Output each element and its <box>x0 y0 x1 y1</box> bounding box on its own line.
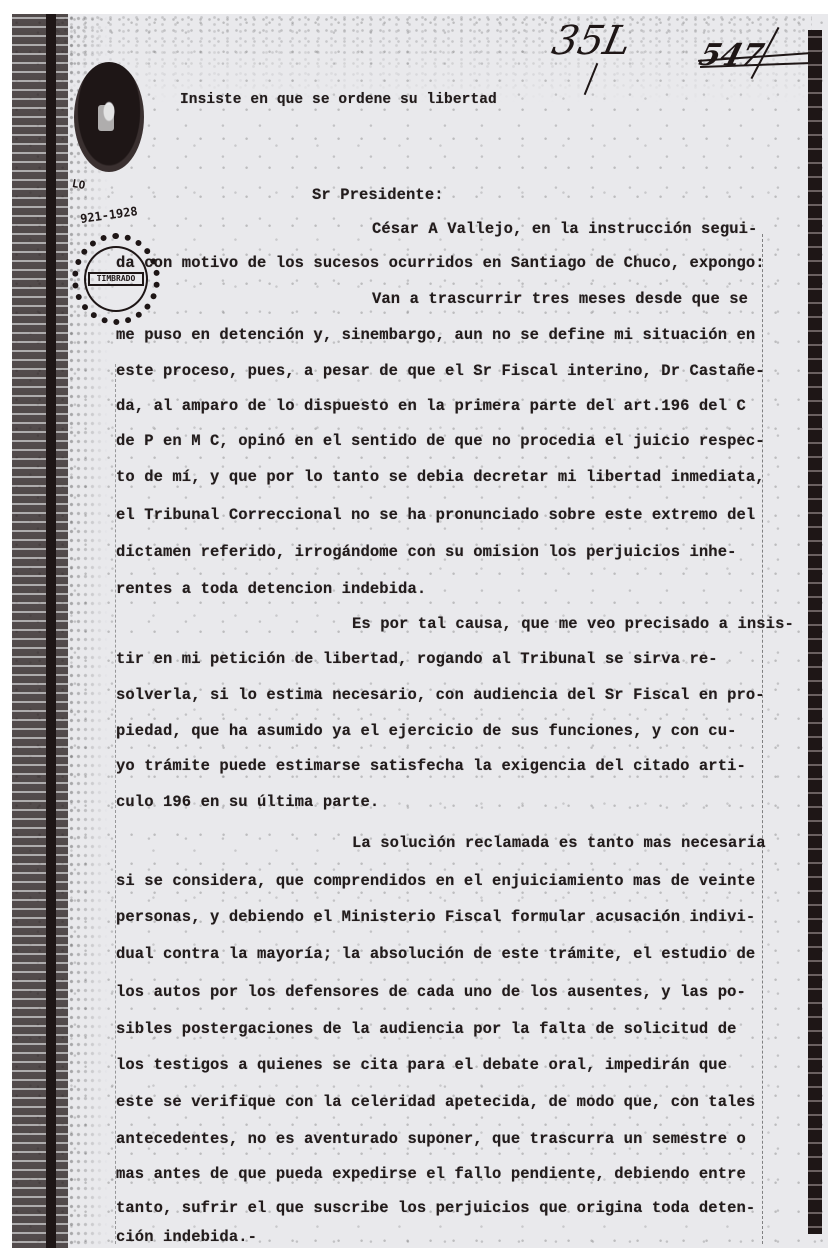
text-line: el Tribunal Correccional no se ha pronun… <box>116 506 755 524</box>
text-line: tir en mi petición de libertad, rogando … <box>116 650 718 668</box>
salutation: Sr Presidente: <box>312 186 444 204</box>
text-line: los testigos a quienes se cita para el d… <box>116 1056 727 1074</box>
text-line: César A Vallejo, en la instrucción segui… <box>372 220 757 238</box>
text-line: mas antes de que pueda expedirse el fall… <box>116 1165 746 1183</box>
text-line: sibles postergaciones de la audiencia po… <box>116 1020 737 1038</box>
text-line: Van a trascurrir tres meses desde que se <box>372 290 748 308</box>
document-heading: Insiste en que se ordene su libertad <box>180 92 497 108</box>
text-line: me puso en detención y, sinembargo, aun … <box>116 326 755 344</box>
text-line: este se verifique con la celeridad apete… <box>116 1093 755 1111</box>
text-line: este proceso, pues, a pesar de que el Sr… <box>116 362 765 380</box>
text-line: da con motivo de los sucesos ocurridos e… <box>116 254 765 272</box>
text-line: personas, y debiendo el Ministerio Fisca… <box>116 908 755 926</box>
text-line: rentes a toda detencion indebida. <box>116 580 426 598</box>
text-line: da, al amparo de lo dispuesto en la prim… <box>116 397 746 415</box>
text-line: ción indebida.- <box>116 1228 257 1246</box>
text-line: La solución reclamada es tanto mas neces… <box>352 834 766 852</box>
text-line: tanto, sufrir el que suscribe los perjui… <box>116 1199 755 1217</box>
text-line: solverla, si lo estima necesario, con au… <box>116 686 765 704</box>
text-line: dictamen referido, irrogándome con su om… <box>116 543 737 561</box>
text-line: Es por tal causa, que me veo precisado a… <box>352 615 794 633</box>
text-line: antecedentes, no es aventurado suponer, … <box>116 1130 746 1148</box>
text-line: si se considera, que comprendidos en el … <box>116 872 755 890</box>
document-body: Insiste en que se ordene su libertad Sr … <box>0 0 839 1260</box>
text-line: de P en M C, opinó en el sentido de que … <box>116 432 765 450</box>
text-line: yo trámite puede estimarse satisfecha la… <box>116 757 746 775</box>
text-line: dual contra la mayoría; la absolución de… <box>116 945 755 963</box>
text-line: culo 196 en su última parte. <box>116 793 379 811</box>
text-line: piedad, que ha asumido ya el ejercicio d… <box>116 722 737 740</box>
text-line: los autos por los defensores de cada uno… <box>116 983 746 1001</box>
text-line: to de mí, y que por lo tanto se debia de… <box>116 468 765 486</box>
